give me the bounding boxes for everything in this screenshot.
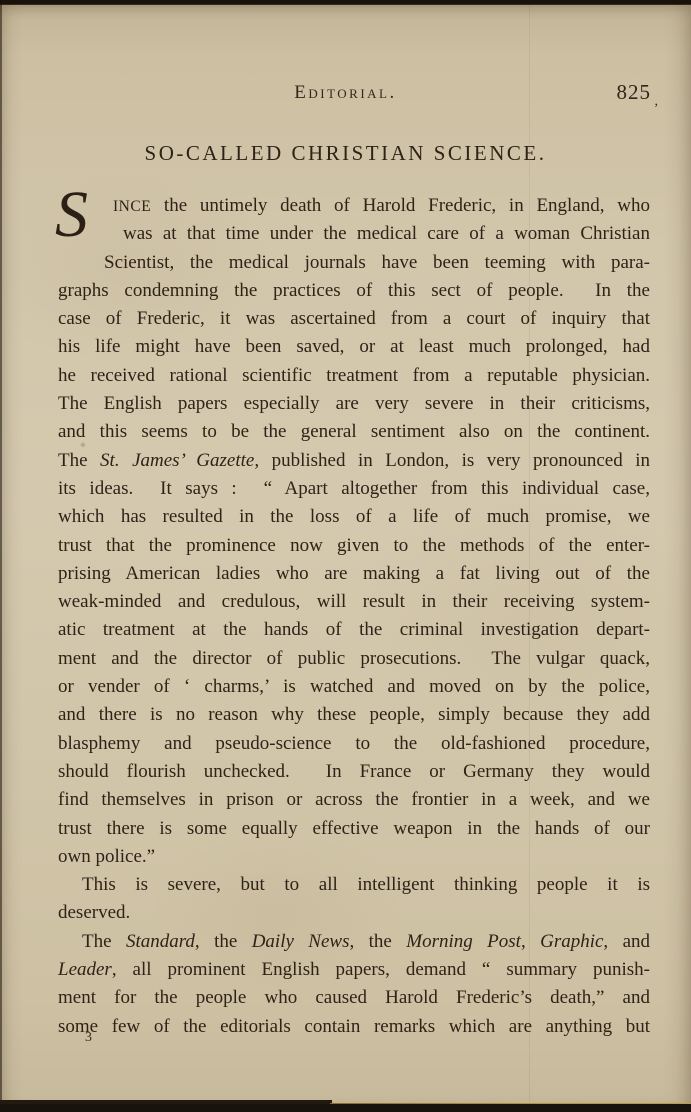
text-run: find themselves in prison or across the … <box>58 789 650 810</box>
text-line: deserved. <box>58 899 650 927</box>
text-line: he received rational scientific treatmen… <box>58 362 650 390</box>
text-line: ment for the people who caused Harold Fr… <box>58 984 650 1012</box>
text-run: was at that time under the medical care … <box>123 223 650 244</box>
text-line: case of Frederic, it was ascertained fro… <box>58 305 650 333</box>
text-line: should flourish unchecked. In France or … <box>58 758 650 786</box>
text-run: some few of the editorials contain remar… <box>58 1016 650 1037</box>
text-run: and this seems to be the general sentime… <box>58 421 650 442</box>
drop-cap: S <box>55 185 88 245</box>
text-line: some few of the editorials contain remar… <box>58 1013 650 1041</box>
running-title: Editorial. <box>0 82 691 104</box>
text-run: graphs condemning the practices of this … <box>58 280 650 301</box>
text-run: weak-minded and credulous, will result i… <box>58 591 650 612</box>
italic-text-run: Standard <box>126 931 195 952</box>
text-run: should flourish unchecked. In France or … <box>58 761 650 782</box>
text-run: , the <box>195 931 252 952</box>
text-run: and there is no reason why these people,… <box>58 704 650 725</box>
text-line: atic treatment at the hands of the crimi… <box>58 616 650 644</box>
italic-text-run: Daily News <box>252 931 350 952</box>
text-line: which has resulted in the loss of a life… <box>58 503 650 531</box>
text-run: or vender of ‘ charms,’ is watched and m… <box>58 676 650 697</box>
text-line: Leader, all prominent English papers, de… <box>58 956 650 984</box>
text-line: and there is no reason why these people,… <box>58 701 650 729</box>
text-line: prising American ladies who are making a… <box>58 560 650 588</box>
text-run: This is severe, but to all intelligent t… <box>82 874 650 895</box>
text-line: Scientist, the medical journals have bee… <box>58 249 650 277</box>
body-lines: INCE the untimely death of Harold Freder… <box>58 192 650 1041</box>
text-run: The <box>82 931 126 952</box>
text-line: was at that time under the medical care … <box>58 220 650 248</box>
text-run: ment and the director of public prosecut… <box>58 648 650 669</box>
stray-ink-mark: , <box>655 94 659 110</box>
text-line: or vender of ‘ charms,’ is watched and m… <box>58 673 650 701</box>
text-run: trust there is some equally effective we… <box>58 818 650 839</box>
text-run: deserved. <box>58 902 130 923</box>
text-run: he received rational scientific treatmen… <box>58 365 650 386</box>
text-line: blasphemy and pseudo-science to the old-… <box>58 730 650 758</box>
text-line: The Standard, the Daily News, the Mornin… <box>58 928 650 956</box>
article-title: SO-CALLED CHRISTIAN SCIENCE. <box>0 141 691 166</box>
text-line: The English papers especially are very s… <box>58 390 650 418</box>
text-run: the untimely death of Harold Frederic, i… <box>151 195 650 216</box>
text-run: trust that the prominence now given to t… <box>58 535 650 556</box>
italic-text-run: St. James’ Gazette, <box>100 450 259 471</box>
text-line: This is severe, but to all intelligent t… <box>58 871 650 899</box>
text-line: INCE the untimely death of Harold Freder… <box>58 192 650 220</box>
text-run: Scientist, the medical journals have bee… <box>104 252 650 273</box>
text-run: atic treatment at the hands of the crimi… <box>58 619 650 640</box>
text-run: INCE <box>113 198 151 215</box>
text-run: own police.” <box>58 846 155 867</box>
text-run: , <box>521 931 540 952</box>
scan-border-top <box>0 0 691 5</box>
text-run: The English papers especially are very s… <box>58 393 650 414</box>
italic-text-run: Morning Post <box>406 931 521 952</box>
text-run: prising American ladies who are making a… <box>58 563 650 584</box>
text-run: , the <box>349 931 406 952</box>
text-line: graphs condemning the practices of this … <box>58 277 650 305</box>
text-line: and this seems to be the general sentime… <box>58 418 650 446</box>
text-line: trust there is some equally effective we… <box>58 815 650 843</box>
text-run: , all prominent English papers, demand “… <box>112 959 650 980</box>
text-run: blasphemy and pseudo-science to the old-… <box>58 733 650 754</box>
text-run: , and <box>603 931 650 952</box>
text-run: The <box>58 450 100 471</box>
text-run: case of Frederic, it was ascertained fro… <box>58 308 650 329</box>
scan-border-bottom <box>0 1104 691 1112</box>
signature-mark: 3 <box>85 1030 92 1046</box>
text-line: find themselves in prison or across the … <box>58 786 650 814</box>
text-run: its ideas. It says : “ Apart altogether … <box>58 478 650 499</box>
running-head: Editorial. 825 , <box>0 82 691 106</box>
text-line: trust that the prominence now given to t… <box>58 532 650 560</box>
page-number: 825 <box>617 80 652 105</box>
text-line: weak-minded and credulous, will result i… <box>58 588 650 616</box>
text-line: its ideas. It says : “ Apart altogether … <box>58 475 650 503</box>
italic-text-run: Leader <box>58 959 112 980</box>
scanned-page: Editorial. 825 , SO-CALLED CHRISTIAN SCI… <box>0 0 691 1112</box>
text-line: his life might have been saved, or at le… <box>58 333 650 361</box>
article-body: S INCE the untimely death of Harold Fred… <box>58 192 650 1041</box>
text-line: own police.” <box>58 843 650 871</box>
text-run: which has resulted in the loss of a life… <box>58 506 650 527</box>
text-run: published in London, is very pronounced … <box>259 450 650 471</box>
italic-text-run: Graphic <box>540 931 603 952</box>
text-line: The St. James’ Gazette, published in Lon… <box>58 447 650 475</box>
text-run: ment for the people who caused Harold Fr… <box>58 987 650 1008</box>
scan-border-left <box>0 0 2 1112</box>
text-run: his life might have been saved, or at le… <box>58 336 650 357</box>
text-line: ment and the director of public prosecut… <box>58 645 650 673</box>
